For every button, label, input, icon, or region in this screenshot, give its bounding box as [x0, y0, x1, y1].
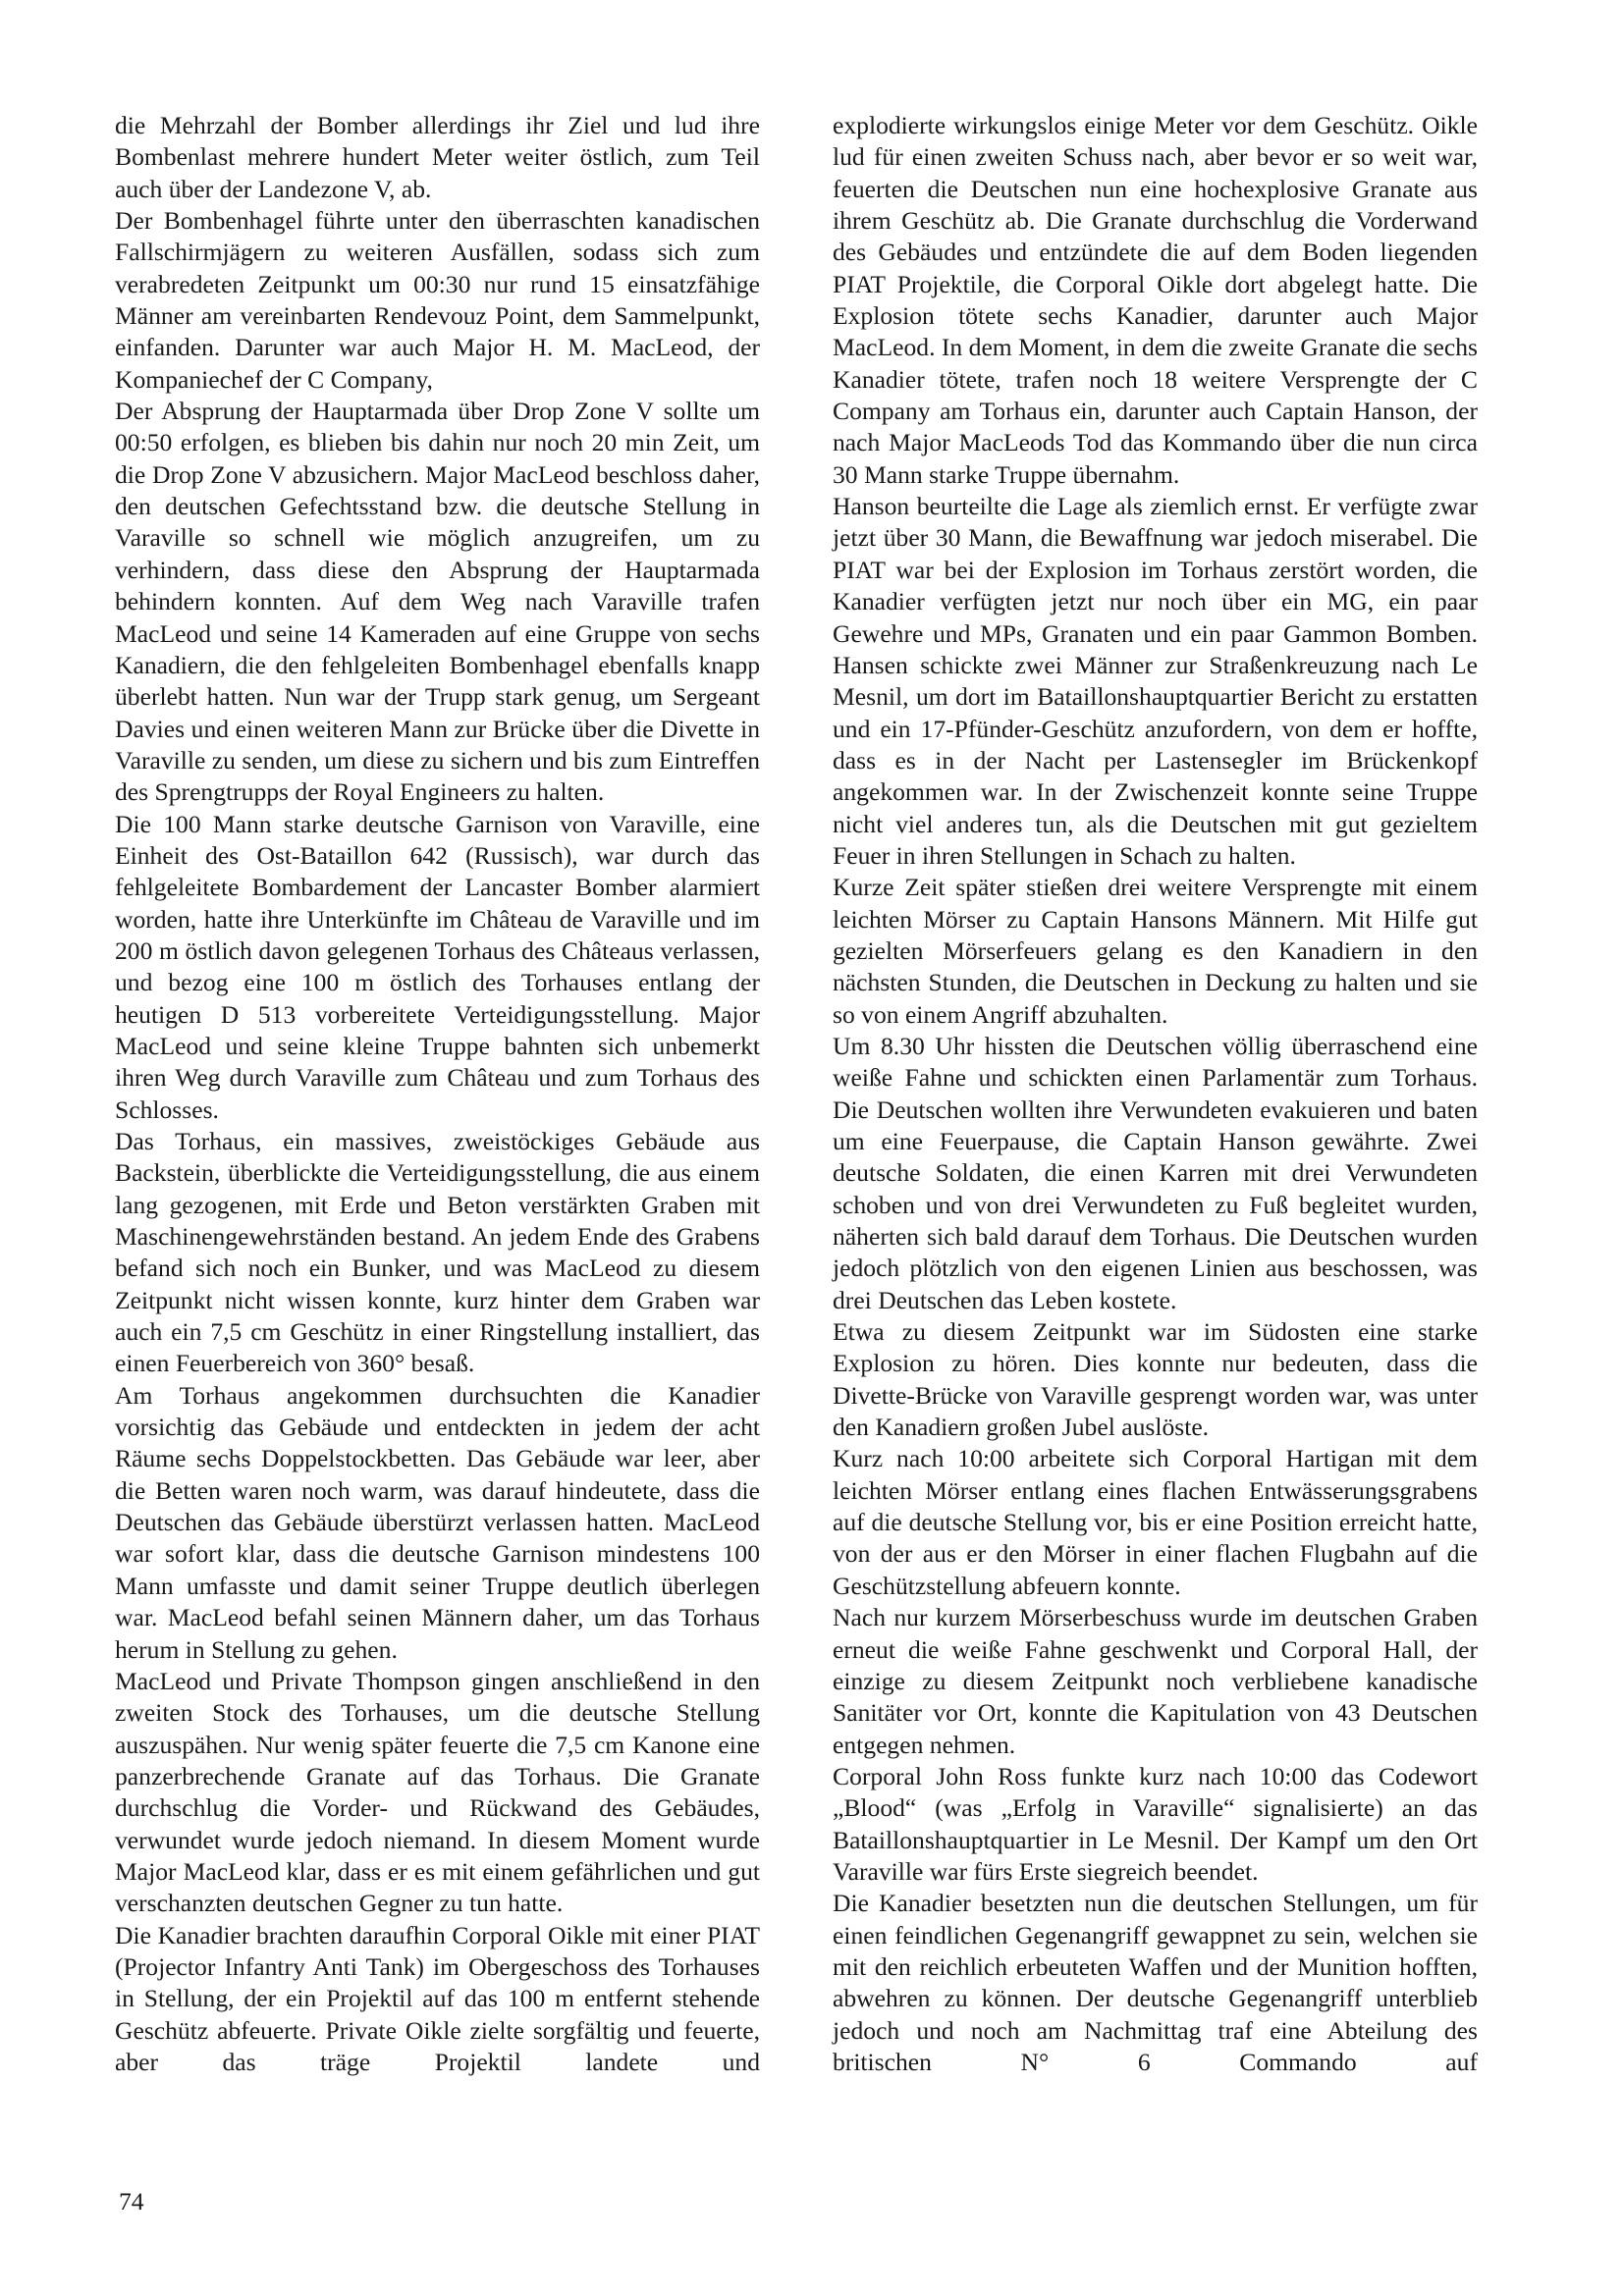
- paragraph: Etwa zu diesem Zeitpunkt war im Südosten…: [833, 1316, 1478, 1443]
- paragraph: Nach nur kurzem Mörserbeschuss wurde im …: [833, 1602, 1478, 1761]
- paragraph: Kurz nach 10:00 arbeitete sich Corporal …: [833, 1443, 1478, 1602]
- paragraph: Hanson beurteilte die Lage als ziemlich …: [833, 491, 1478, 872]
- paragraph: Kurze Zeit später stießen drei weitere V…: [833, 872, 1478, 1031]
- paragraph: Am Torhaus angekommen durchsuchten die K…: [115, 1380, 760, 1666]
- paragraph: Die Kanadier brachten daraufhin Corporal…: [115, 1920, 760, 2079]
- paragraph: Das Torhaus, ein massives, zweistöckiges…: [115, 1126, 760, 1380]
- paragraph: Um 8.30 Uhr hissten die Deutschen völlig…: [833, 1031, 1478, 1316]
- paragraph: die Mehrzahl der Bomber allerdings ihr Z…: [115, 110, 760, 205]
- paragraph: Die 100 Mann starke deutsche Garnison vo…: [115, 809, 760, 1126]
- text-column-right: explodierte wirkungslos einige Meter vor…: [833, 110, 1478, 2078]
- document-page: die Mehrzahl der Bomber allerdings ihr Z…: [0, 0, 1623, 2296]
- paragraph: Der Bombenhagel führte unter den überras…: [115, 205, 760, 396]
- text-column-left: die Mehrzahl der Bomber allerdings ihr Z…: [115, 110, 760, 2078]
- paragraph: Corporal John Ross funkte kurz nach 10:0…: [833, 1761, 1478, 1888]
- page-number: 74: [119, 2187, 144, 2216]
- paragraph: Die Kanadier besetzten nun die deutschen…: [833, 1888, 1478, 2078]
- paragraph: explodierte wirkungslos einige Meter vor…: [833, 110, 1478, 491]
- paragraph: Der Absprung der Hauptarmada über Drop Z…: [115, 396, 760, 808]
- paragraph: MacLeod und Private Thompson gingen ansc…: [115, 1666, 760, 1920]
